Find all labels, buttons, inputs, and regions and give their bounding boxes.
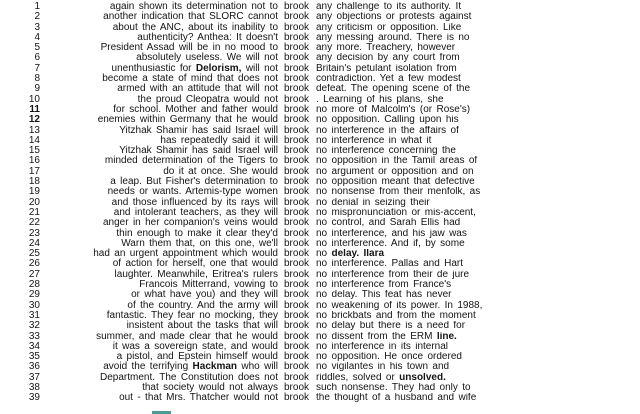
right-context: defeat. The opening scene of the — [316, 84, 640, 94]
right-context: no opposition. He once ordered — [316, 352, 640, 362]
concordance-row[interactable]: 22 anger in her companion's veins would … — [0, 218, 640, 228]
right-context: no interference. And if, by some — [316, 239, 640, 249]
right-context: no nonsense from their menfolk, as — [316, 187, 640, 197]
concordance-row[interactable]: 10 the proud Cleopatra would not brook .… — [0, 95, 640, 105]
concordance-row[interactable]: 17 do it at once. She would brook no arg… — [0, 167, 640, 177]
concordance-row[interactable]: 5 President Assad will be in no mood to … — [0, 43, 640, 53]
line-number: 32 — [0, 321, 40, 331]
right-context: no vigilantes in his town and — [316, 362, 640, 372]
concordance-row[interactable]: 2 another indication that SLORC cannot b… — [0, 12, 640, 22]
keyword: brook — [278, 321, 316, 331]
right-context: no more of Malcolm's (or Rose's) — [316, 105, 640, 115]
right-context: no interference, and his jaw was — [316, 229, 640, 239]
line-number: 22 — [0, 218, 40, 228]
right-context: no delay. Ilara — [316, 249, 640, 259]
right-context: no interference in what it — [316, 136, 640, 146]
concordance-row[interactable]: 25 had an urgent appointment which would… — [0, 249, 640, 259]
right-context: Britain's petulant isolation from — [316, 64, 640, 74]
concordance-row[interactable]: 34 it was a sovereign state, and would b… — [0, 342, 640, 352]
concordance-row[interactable]: 37 Department. The Constitution does not… — [0, 373, 640, 383]
right-context: riddles, solved or unsolved. — [316, 373, 640, 383]
right-context: no control, and Sarah Ellis had — [316, 218, 640, 228]
concordance-row[interactable]: 26 of action for herself, one that would… — [0, 259, 640, 269]
concordance-row[interactable]: 3 about the ANC, about its inability to … — [0, 23, 640, 33]
right-context: no opposition. Calling upon his — [316, 115, 640, 125]
right-context: no delay. This feat has never — [316, 290, 640, 300]
concordance-row[interactable]: 27 laughter. Meanwhile, Eritrea's rulers… — [0, 270, 640, 280]
concordance-row[interactable]: 31 fantastic. They fear no mocking, they… — [0, 311, 640, 321]
concordance-view: 1 again shown its determination not to b… — [0, 0, 640, 414]
left-context: out - that Mrs. Thatcher would not — [40, 393, 278, 403]
concordance-row[interactable]: 20 and those influenced by its rays will… — [0, 198, 640, 208]
concordance-row[interactable]: 12 enemies within Germany that he would … — [0, 115, 640, 125]
concordance-row[interactable]: 33 summer, and made clear that he would … — [0, 332, 640, 342]
right-context: no argument or opposition and on — [316, 167, 640, 177]
concordance-row[interactable]: 39 out - that Mrs. Thatcher would not br… — [0, 393, 640, 403]
right-context: no dissent from the ERM line. — [316, 332, 640, 342]
concordance-row[interactable]: 1 again shown its determination not to b… — [0, 2, 640, 12]
concordance-row[interactable]: 15 Yitzhak Shamir has said Israel will b… — [0, 146, 640, 156]
right-context: any decision by any court from — [316, 53, 640, 63]
concordance-row[interactable]: 21 and intolerant teachers, as they will… — [0, 208, 640, 218]
concordance-row[interactable]: 36 avoid the terrifying Hackman who will… — [0, 362, 640, 372]
concordance-row[interactable]: 11 for school. Mother and father would b… — [0, 105, 640, 115]
concordance-row[interactable]: 13 Yitzhak Shamir has said Israel will b… — [0, 126, 640, 136]
concordance-row[interactable]: 30 of the country. And the army will bro… — [0, 301, 640, 311]
concordance-row[interactable]: 16 minded determination of the Tigers to… — [0, 156, 640, 166]
right-context: no brickbats and from the moment — [316, 311, 640, 321]
concordance-row[interactable]: 6 absolutely useless. We will not brook … — [0, 53, 640, 63]
concordance-row[interactable]: 9 armed with an attitude that will not b… — [0, 84, 640, 94]
right-context: no interference in its internal — [316, 342, 640, 352]
concordance-row[interactable]: 19 needs or wants. Artemis-type women br… — [0, 187, 640, 197]
keyword: brook — [278, 393, 316, 403]
right-context: any messing around. There is no — [316, 33, 640, 43]
right-context: any more. Treachery, however — [316, 43, 640, 53]
concordance-row[interactable]: 23 thin enough to make it clear they'd b… — [0, 229, 640, 239]
right-context: no weakening of its power. In 1988, — [316, 301, 640, 311]
right-context: no mispronunciation or mis-accent, — [316, 208, 640, 218]
concordance-row[interactable]: 29 or what have you) and they will brook… — [0, 290, 640, 300]
right-context: no opposition meant that defective — [316, 177, 640, 187]
concordance-row[interactable]: 7 unenthusiastic for Delorism, will not … — [0, 64, 640, 74]
line-number: 39 — [0, 393, 40, 403]
right-context: no interference. Pallas and Hart — [316, 259, 640, 269]
concordance-row[interactable]: 14 has repeatedly said it will brook no … — [0, 136, 640, 146]
concordance-list: 1 again shown its determination not to b… — [0, 2, 640, 404]
right-context: . Learning of his plans, she — [316, 95, 640, 105]
right-context: no denial in seizing their — [316, 198, 640, 208]
concordance-row[interactable]: 28 Francois Mitterrand, vowing to brook … — [0, 280, 640, 290]
right-context: contradiction. Yet a few modest — [316, 74, 640, 84]
right-context: no opposition in the Tamil areas of — [316, 156, 640, 166]
keyword: brook — [278, 218, 316, 228]
concordance-row[interactable]: 8 become a state of mind that does not b… — [0, 74, 640, 84]
right-context: no interference from their de jure — [316, 270, 640, 280]
right-context: no interference in the affairs of — [316, 126, 640, 136]
right-context: such nonsense. They had only to — [316, 383, 640, 393]
concordance-row[interactable]: 4 authenticity? Anthea: It doesn't brook… — [0, 33, 640, 43]
right-context: no interference concerning the — [316, 146, 640, 156]
right-context: no delay but there is a need for — [316, 321, 640, 331]
right-context: the thought of a husband and wife — [316, 393, 640, 403]
right-context: no interference from France's — [316, 280, 640, 290]
concordance-row[interactable]: 35 a pistol, and Epstein himself would b… — [0, 352, 640, 362]
concordance-row[interactable]: 38 that society would not always brook s… — [0, 383, 640, 393]
right-context: any objections or protests against — [316, 12, 640, 22]
right-context: any challenge to its authority. It — [316, 2, 640, 12]
concordance-row[interactable]: 18 a leap. But Fisher's determination to… — [0, 177, 640, 187]
right-context: any criticism or opposition. Like — [316, 23, 640, 33]
